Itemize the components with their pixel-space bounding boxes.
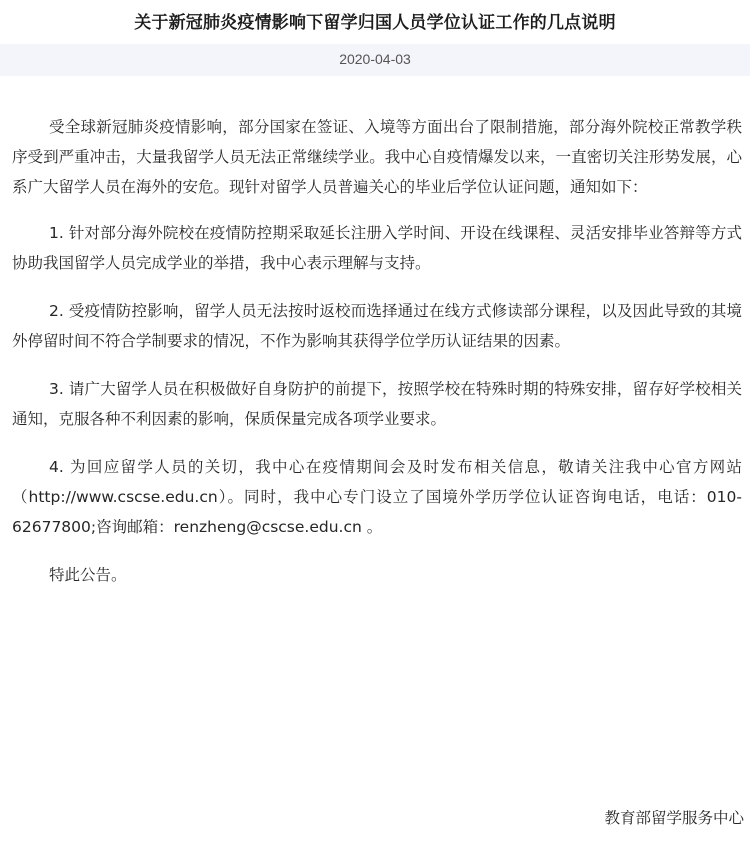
closing-statement: 特此公告。 <box>12 560 742 590</box>
notice-item-2: 2. 受疫情防控影响，留学人员无法按时返校而选择通过在线方式修读部分课程，以及因… <box>12 296 742 356</box>
publish-date: 2020-04-03 <box>0 48 750 70</box>
notice-item-1: 1. 针对部分海外院校在疫情防控期采取延长注册入学时间、开设在线课程、灵活安排毕… <box>12 218 742 278</box>
item4-suffix: 。 <box>362 518 382 536</box>
email-link[interactable]: renzheng@cscse.edu.cn <box>174 518 362 536</box>
notice-page: 关于新冠肺炎疫情影响下留学归国人员学位认证工作的几点说明 2020-04-03 … <box>0 0 750 845</box>
notice-body: 受全球新冠肺炎疫情影响，部分国家在签证、入境等方面出台了限制措施，部分海外院校正… <box>12 112 742 590</box>
notice-title: 关于新冠肺炎疫情影响下留学归国人员学位认证工作的几点说明 <box>0 10 750 36</box>
issuer-signature: 教育部留学服务中心 <box>604 804 744 832</box>
notice-item-3: 3. 请广大留学人员在积极做好自身防护的前提下，按照学校在特殊时期的特殊安排，留… <box>12 374 742 434</box>
notice-item-4: 4. 为回应留学人员的关切，我中心在疫情期间会及时发布相关信息，敬请关注我中心官… <box>12 452 742 542</box>
email-label: ;咨询邮箱： <box>91 518 174 536</box>
item4-middle: ）。同时，我中心专门设立了国境外学历学位认证咨询电话，电话： <box>218 488 707 506</box>
website-link[interactable]: http://www.cscse.edu.cn <box>29 488 218 506</box>
intro-paragraph: 受全球新冠肺炎疫情影响，部分国家在签证、入境等方面出台了限制措施，部分海外院校正… <box>12 112 742 202</box>
